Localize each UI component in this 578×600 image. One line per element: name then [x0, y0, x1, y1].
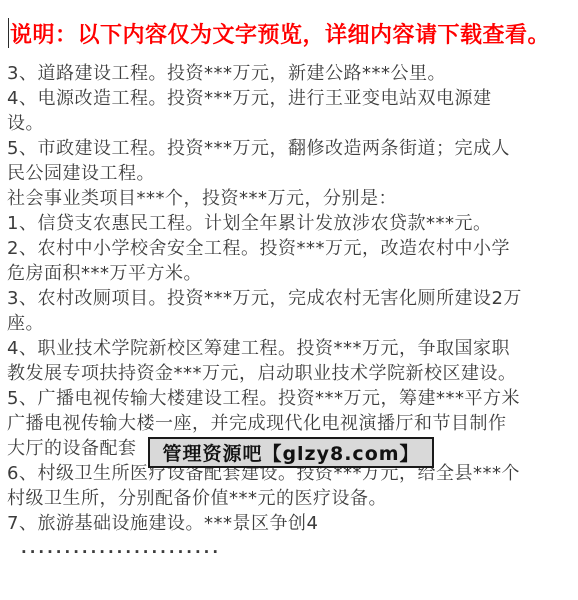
ellipsis-dots-line: ....................... [7, 536, 578, 561]
document-line: 2、农村中小学校舍安全工程。投资***万元，改造农村中小学 [7, 236, 578, 261]
document-line: 3、道路建设工程。投资***万元，新建公路***公里。 [7, 61, 578, 86]
document-line: 5、市政建设工程。投资***万元，翻修改造两条街道；完成人 [7, 136, 578, 161]
document-line: 4、电源改造工程。投资***万元，进行王亚变电站双电源建 [7, 86, 578, 111]
document-body: 3、道路建设工程。投资***万元，新建公路***公里。 4、电源改造工程。投资*… [7, 61, 578, 561]
document-line: 3、农村改厕项目。投资***万元，完成农村无害化厕所建设2万 [7, 286, 578, 311]
document-line: 教发展专项扶持资金***万元，启动职业技术学院新校区建设。 [7, 361, 578, 386]
document-line: 危房面积***万平方米。 [7, 261, 578, 286]
document-line: 1、信贷支农惠民工程。计划全年累计发放涉农贷款***元。 [7, 211, 578, 236]
document-line: 4、职业技术学院新校区筹建工程。投资***万元，争取国家职 [7, 336, 578, 361]
watermark-text: 管理资源吧【glzy8.com】 [162, 439, 419, 466]
watermark-badge: 管理资源吧【glzy8.com】 [148, 437, 434, 468]
document-line: 设。 [7, 111, 578, 136]
document-preview-page: 说明：以下内容仅为文字预览，详细内容请下载查看。 3、道路建设工程。投资***万… [0, 0, 578, 600]
document-line: 5、广播电视传输大楼建设工程。投资***万元，筹建***平方米 [7, 386, 578, 411]
document-line: 村级卫生所，分别配备价值***元的医疗设备。 [7, 486, 578, 511]
preview-notice: 说明：以下内容仅为文字预览，详细内容请下载查看。 [10, 18, 550, 49]
document-line: 民公园建设工程。 [7, 161, 578, 186]
text-cursor [8, 18, 9, 48]
document-line: 社会事业类项目***个，投资***万元，分别是： [7, 186, 578, 211]
document-line: 座。 [7, 311, 578, 336]
document-line: 广播电视传输大楼一座，并完成现代化电视演播厅和节目制作 [7, 411, 578, 436]
document-line: 7、旅游基础设施建设。***景区争创4 [7, 511, 578, 536]
